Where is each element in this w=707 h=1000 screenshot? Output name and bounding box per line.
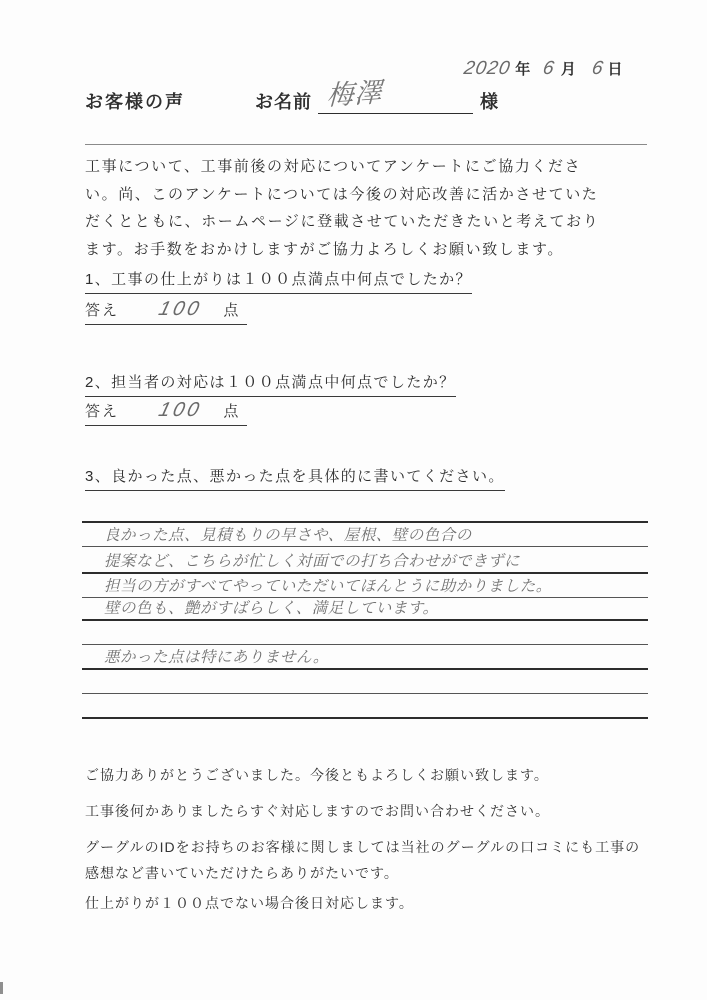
answer-1-unit: 点 bbox=[223, 299, 247, 320]
honorific-label: 様 bbox=[480, 88, 500, 114]
date-day-label: 日 bbox=[607, 58, 622, 79]
response-lines-lower: 悪かった点は特にありません。 bbox=[82, 644, 648, 719]
footer-note-guarantee: 仕上がりが１００点でない場合後日対応します。 bbox=[85, 893, 414, 913]
name-label: お名前 bbox=[255, 88, 312, 114]
response-lines-upper: 良かった点、見積もりの早さや、屋根、壁の色合の 提案など、こちらが忙しく対面での… bbox=[82, 521, 648, 621]
answer-1-label: 答え bbox=[85, 299, 119, 320]
response-text-handwritten: 壁の色も、艶がすばらしく、満足しています。 bbox=[104, 596, 438, 618]
question-3-heading: 3、良かった点、悪かった点を具体的に書いてください。 bbox=[85, 465, 505, 491]
question-1-heading: 1、工事の仕上がりは１００点満点中何点でしたか？ bbox=[85, 268, 472, 294]
response-row: 提案など、こちらが忙しく対面での打ち合わせができずに bbox=[82, 547, 648, 574]
question-2-answer-row: 答え 100 点 bbox=[85, 399, 247, 426]
intro-line: ます。お手数をおかけしますがご協力よろしくお願い致します。 bbox=[85, 236, 599, 264]
question-1-answer-row: 答え 100 点 bbox=[85, 298, 247, 325]
scan-artifact-speck bbox=[0, 982, 3, 994]
response-text-handwritten: 提案など、こちらが忙しく対面での打ち合わせができずに bbox=[104, 549, 520, 571]
intro-line: い。尚、このアンケートについては今後の対応改善に活かさせていた bbox=[85, 181, 599, 209]
response-row-empty bbox=[82, 694, 648, 719]
footer-note-google-line1: グーグルのIDをお持ちのお客様に関しましては当社のグーグルの口コミにも工事の bbox=[85, 837, 640, 857]
date-year-label: 年 bbox=[515, 58, 530, 79]
response-row: 壁の色も、艶がすばらしく、満足しています。 bbox=[82, 598, 648, 621]
response-text-handwritten: 悪かった点は特にありません。 bbox=[104, 645, 329, 667]
scanned-survey-page: 2020 年 6 月 6 日 お客様の声 お名前 梅澤 様 工事について、工事前… bbox=[0, 0, 707, 1000]
question-2-heading: 2、担当者の対応は１００点満点中何点でしたか？ bbox=[85, 371, 456, 397]
footer-note-google-line2: 感想など書いていただけたらありがたいです。 bbox=[85, 863, 399, 883]
footer-note-thanks: ご協力ありがとうございました。今後ともよろしくお願い致します。 bbox=[85, 765, 549, 785]
name-underline bbox=[318, 113, 473, 114]
intro-line: 工事について、工事前後の対応についてアンケートにご協力くださ bbox=[85, 153, 599, 181]
answer-2-unit: 点 bbox=[223, 400, 247, 421]
date-day-value: 6 bbox=[590, 58, 605, 80]
response-row: 良かった点、見積もりの早さや、屋根、壁の色合の bbox=[82, 523, 648, 547]
footer-note-contact: 工事後何かありましたらすぐ対応しますのでお問い合わせください。 bbox=[85, 801, 550, 821]
response-row: 担当の方がすべてやっていただいてほんとうに助かりました。 bbox=[82, 574, 648, 598]
answer-2-value-handwritten: 100 bbox=[156, 399, 204, 422]
response-text-handwritten: 良かった点、見積もりの早さや、屋根、壁の色合の bbox=[104, 523, 472, 545]
page-title: お客様の声 bbox=[85, 88, 185, 114]
date-year-value: 2020 bbox=[462, 58, 512, 80]
response-row-empty bbox=[82, 670, 648, 694]
header-divider bbox=[85, 144, 647, 145]
answer-1-value-handwritten: 100 bbox=[156, 298, 204, 321]
name-value-handwritten: 梅澤 bbox=[326, 70, 383, 113]
answer-2-label: 答え bbox=[85, 400, 119, 421]
response-text-handwritten: 担当の方がすべてやっていただいてほんとうに助かりました。 bbox=[104, 574, 552, 596]
response-row: 悪かった点は特にありません。 bbox=[82, 645, 648, 670]
intro-line: だくとともに、ホームページに登載させていただきたいと考えており bbox=[85, 208, 599, 236]
intro-paragraph: 工事について、工事前後の対応についてアンケートにご協力くださ い。尚、このアンケ… bbox=[85, 153, 599, 263]
date-row: 2020 年 6 月 6 日 bbox=[464, 58, 622, 80]
date-month-label: 月 bbox=[561, 58, 576, 79]
date-month-value: 6 bbox=[541, 58, 556, 80]
